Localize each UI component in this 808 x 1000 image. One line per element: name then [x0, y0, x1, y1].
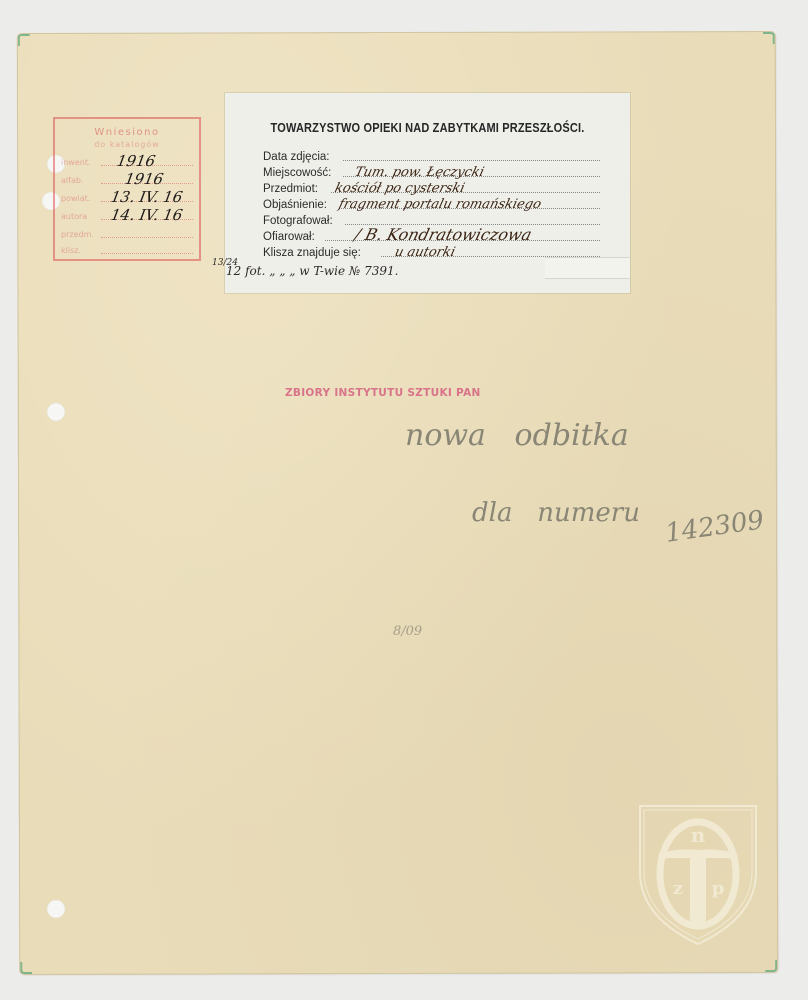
stamp-row: przedm.	[61, 225, 193, 241]
stamp-row-label: alfab.	[61, 176, 83, 185]
stamp-row-value: 14. IV. 16	[109, 206, 184, 224]
field-label: Klisza znajduje się:	[263, 247, 361, 259]
stamp-row-label: przedm.	[61, 230, 94, 239]
card-corner-bl	[20, 962, 32, 974]
pencil-note-line1: nowa odbitka	[405, 418, 629, 453]
field-label: Data zdjęcia:	[263, 151, 329, 163]
note-text: 12 fot. „ „ „ w T-wie № 7391.	[226, 264, 398, 278]
field-date: Data zdjęcia:	[263, 148, 600, 163]
card-corner-tr	[763, 32, 775, 44]
field-explanation: Objaśnienie: fragment portalu romańskieg…	[263, 196, 600, 211]
stamp-row-value: 13. IV. 16	[109, 188, 184, 206]
catalog-stamp: Wniesiono do katalogów inwent. 1916 alfa…	[53, 117, 201, 261]
field-location: Miejscowość: Tum. pow. Łęczycki	[263, 164, 600, 179]
svg-text:z: z	[673, 878, 683, 899]
pencil-note-line2: dla numeru	[472, 498, 640, 528]
stamp-title: Wniesiono	[55, 127, 199, 138]
society-label: TOWARZYSTWO OPIEKI NAD ZABYTKAMI PRZESZŁ…	[225, 93, 630, 293]
torn-strip	[545, 257, 630, 279]
stamp-row: autora 14. IV. 16	[61, 207, 193, 223]
field-donor: Ofiarował: / B. Kondratowiczowa	[263, 228, 600, 243]
card-corner-br	[765, 960, 777, 972]
punch-hole	[47, 403, 65, 421]
stamp-row: powiat. 13. IV. 16	[61, 189, 193, 205]
card-corner-tl	[18, 34, 30, 46]
punch-hole	[47, 900, 65, 918]
field-negative-location: Klisza znajduje się: u autorki	[263, 244, 600, 259]
stamp-row-value: 1916	[123, 170, 164, 188]
stamp-row-value: 1916	[115, 152, 156, 170]
svg-text:n: n	[691, 823, 706, 847]
stamp-row-label: powiat.	[61, 194, 90, 203]
pencil-small-code: 8/09	[393, 624, 422, 639]
stamp-row: alfab. 1916	[61, 171, 193, 187]
field-label: Miejscowość:	[263, 167, 331, 179]
stamp-row-label: inwent.	[61, 158, 91, 167]
field-label: Przedmiot:	[263, 183, 318, 195]
field-value: u autorki	[393, 245, 457, 260]
label-heading: TOWARZYSTWO OPIEKI NAD ZABYTKAMI PRZESZŁ…	[249, 121, 605, 135]
collection-stamp: ZBIORY INSTYTUTU SZTUKI PAN	[285, 387, 481, 399]
stamp-row-label: klisz.	[61, 246, 81, 255]
field-value: kościół po cysterski	[333, 181, 466, 196]
field-label: Objaśnienie:	[263, 199, 327, 211]
field-object: Przedmiot: kościół po cysterski	[263, 180, 600, 195]
field-value: Tum. pow. Łęczycki	[353, 165, 486, 180]
field-value: fragment portalu romańskiego	[337, 197, 543, 212]
field-label: Fotografował:	[263, 215, 333, 227]
svg-text:p: p	[712, 878, 725, 899]
society-monogram-icon: n z p	[636, 802, 760, 946]
stamp-subtitle: do katalogów	[55, 140, 199, 149]
field-value: / B. Kondratowiczowa	[353, 225, 534, 244]
stamp-row: inwent. 1916	[61, 153, 193, 169]
field-label: Ofiarował:	[263, 231, 315, 243]
stamp-row-label: autora	[61, 212, 87, 221]
stamp-row: klisz.	[61, 241, 193, 257]
